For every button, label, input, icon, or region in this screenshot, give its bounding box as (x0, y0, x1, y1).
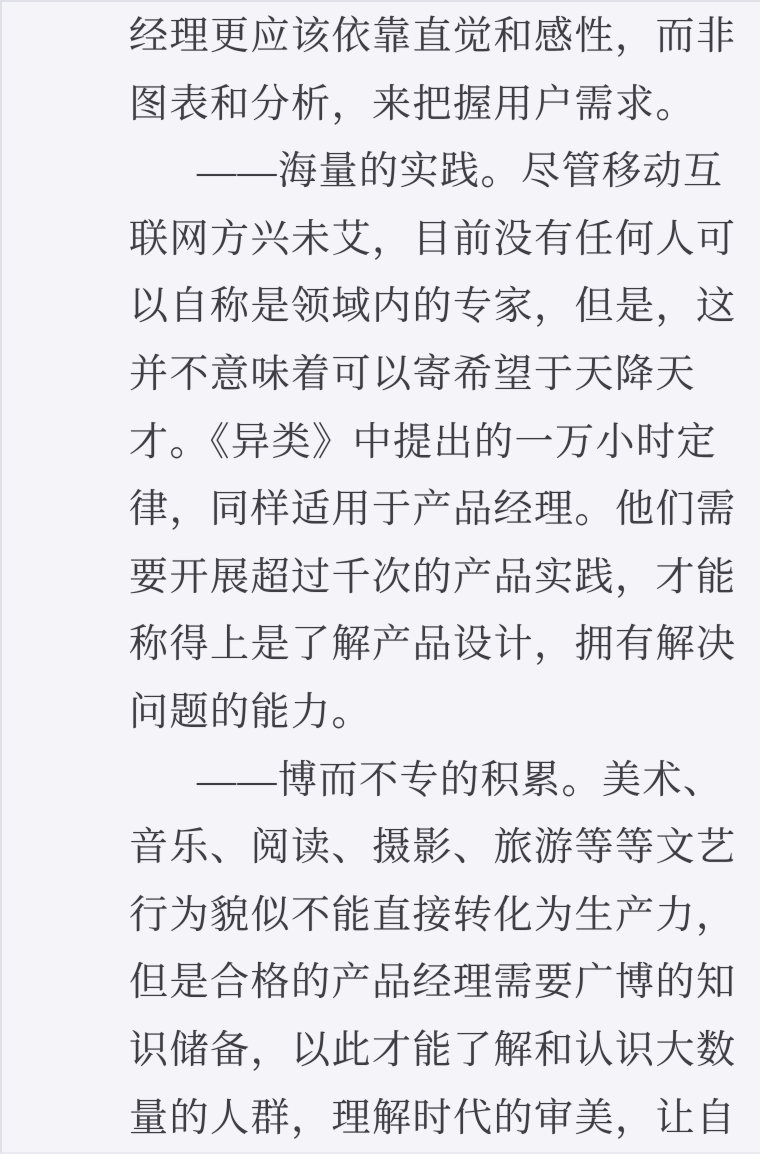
text-line: 问题的能力。 (129, 679, 760, 747)
text-line: 量的人群，理解时代的审美，让自 (129, 1085, 760, 1153)
book-page: 经理更应该依靠直觉和感性，而非 图表和分析，来把握用户需求。 ——海量的实践。尽… (0, 0, 760, 1154)
text-line: 联网方兴未艾，目前没有任何人可 (129, 206, 760, 274)
text-line: 行为貌似不能直接转化为生产力， (129, 882, 760, 950)
text-line: ——海量的实践。尽管移动互 (129, 138, 760, 206)
text-line: 经理更应该依靠直觉和感性，而非 (129, 3, 760, 71)
text-line: 图表和分析，来把握用户需求。 (129, 71, 760, 139)
paragraph: ——博而不专的积累。美术、 音乐、阅读、摄影、旅游等等文艺 行为貌似不能直接转化… (129, 747, 760, 1153)
text-line: 音乐、阅读、摄影、旅游等等文艺 (129, 814, 760, 882)
text-line: 以自称是领域内的专家，但是，这 (129, 273, 760, 341)
text-line: 律，同样适用于产品经理。他们需 (129, 476, 760, 544)
text-line: 并不意味着可以寄希望于天降天 (129, 341, 760, 409)
text-line: 称得上是了解产品设计，拥有解决 (129, 611, 760, 679)
text-line: 才。《异类》中提出的一万小时定 (129, 409, 760, 477)
text-line: 识储备，以此才能了解和认识大数 (129, 1017, 760, 1085)
text-line: 但是合格的产品经理需要广博的知 (129, 949, 760, 1017)
text-line: 要开展超过千次的产品实践，才能 (129, 544, 760, 612)
paragraph: ——海量的实践。尽管移动互 联网方兴未艾，目前没有任何人可 以自称是领域内的专家… (129, 138, 760, 746)
text-line: ——博而不专的积累。美术、 (129, 747, 760, 815)
paragraph: 经理更应该依靠直觉和感性，而非 图表和分析，来把握用户需求。 (129, 3, 760, 138)
